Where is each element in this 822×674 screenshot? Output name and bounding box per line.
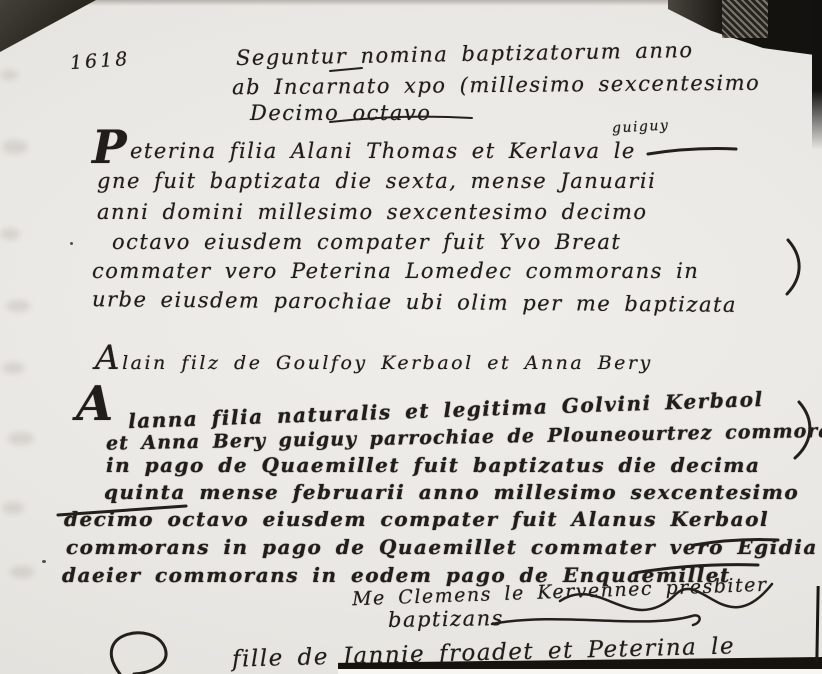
entry1-line-5: commater vero Peterina Lomedec commorans…: [92, 259, 699, 283]
entry1-line-3: anni domini millesimo sexcentesimo decim…: [97, 200, 648, 224]
entry2-line-4: quinta mense februarii anno millesimo se…: [104, 480, 799, 504]
header-line-2: ab Incarnato xpo (millesimo sexcentesimo: [232, 71, 760, 100]
ink-bleedthrough-mark: [10, 566, 34, 578]
entry2-initial: A: [76, 380, 115, 428]
signature-underline-flourish: [492, 615, 700, 625]
ink-bleedthrough-mark: [2, 502, 24, 514]
bottom-loop-flourish: [111, 633, 166, 674]
signature-line-2: baptizans: [388, 606, 504, 632]
ink-speck: [42, 560, 46, 563]
scan-line-bottom-right: [815, 586, 819, 662]
entry1-line-2: gne fuit baptizata die sexta, mense Janu…: [97, 169, 656, 193]
entry1-line-6: urbe eiusdem parochiae ubi olim per me b…: [92, 287, 737, 317]
ink-bleedthrough-mark: [6, 300, 30, 312]
ink-bleedthrough-mark: [0, 228, 20, 240]
entry1-line-1-superscript: guiguy: [612, 118, 670, 137]
entry2-line-5: decimo octavo eiusdem compater fuit Alan…: [64, 507, 769, 531]
ink-bleedthrough-mark: [0, 70, 18, 80]
header-line-3: Decimo octavo: [250, 101, 431, 125]
entry1-line-4: octavo eiusdem compater fuit Yvo Breat: [112, 230, 621, 254]
entry2-line-3: in pago de Quaemillet fuit baptizatus di…: [106, 453, 760, 477]
manuscript-scan: 1618 Seguntur nomina baptizatorum anno a…: [0, 0, 822, 674]
header-line-1: Seguntur nomina baptizatorum anno: [236, 38, 694, 70]
year-marginal: 1618: [69, 48, 131, 74]
entry2-line-6: commorans in pago de Quaemillet commater…: [66, 535, 818, 559]
ink-bleedthrough-mark: [2, 140, 28, 154]
entry1-line-1: eterina filia Alani Thomas et Kerlava le: [130, 139, 636, 163]
ink-speck: [70, 242, 73, 245]
scan-white-strip-bottom: [338, 669, 822, 674]
dash-flourish-entry1: [648, 149, 736, 154]
ink-bleedthrough-mark: [8, 432, 34, 445]
macron-flourish: [330, 68, 362, 71]
book-binding-texture: [722, 0, 768, 38]
scan-edge-strip-right: [812, 0, 822, 150]
entry1-initial: P: [92, 124, 128, 170]
entry2-subheading: Alain filz de Goulfoy Kerbaol et Anna Be…: [95, 338, 653, 378]
ink-bleedthrough-mark: [2, 362, 24, 374]
paren-flourish-entry1: [787, 240, 799, 294]
scan-corner-shadow-topleft: [0, 0, 96, 52]
